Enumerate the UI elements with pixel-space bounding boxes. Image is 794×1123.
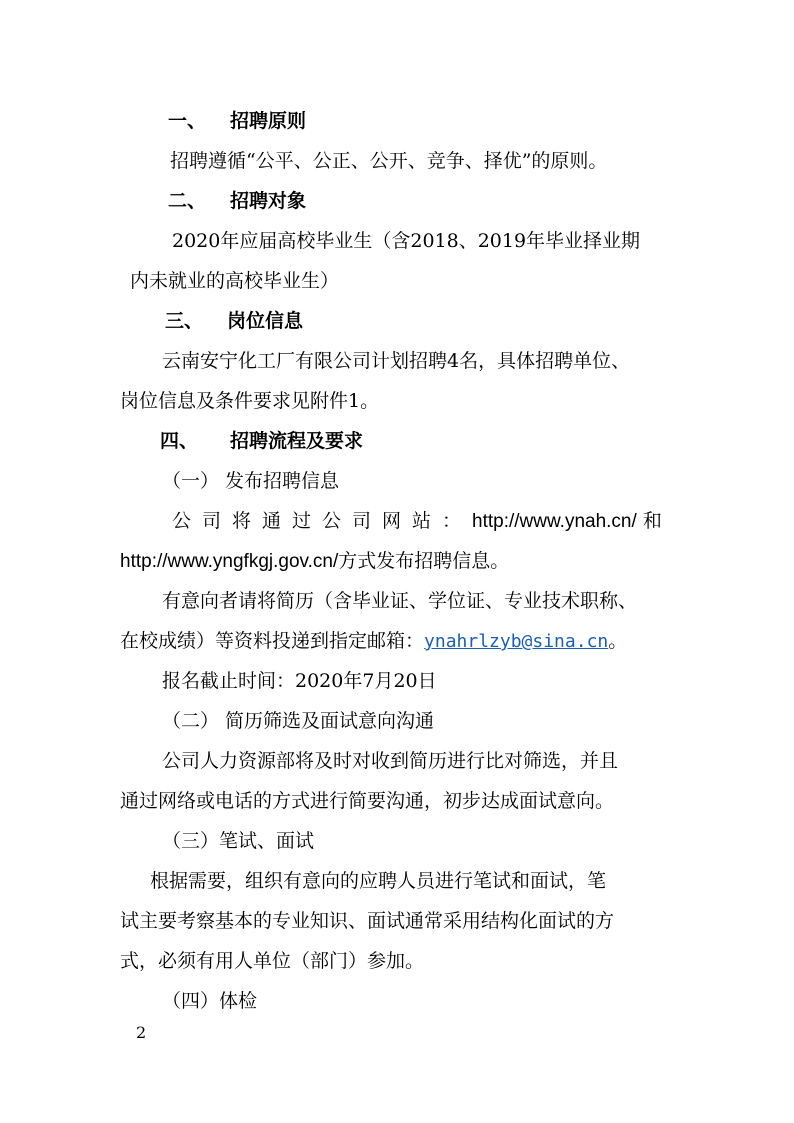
resume-line-1: 有意向者请将简历（含毕业证、学位证、专业技术职称、	[162, 589, 637, 613]
page-number: 2	[136, 1023, 146, 1042]
url-ynah: http://www.ynah.cn/	[472, 511, 637, 532]
position-line-1: 云南安宁化工厂有限公司计划招聘4名，具体招聘单位、	[162, 349, 630, 373]
email-link[interactable]: ynahrlzyb@sina.cn	[424, 631, 608, 652]
principle-text: 招聘遵循“公平、公正、公开、竞争、择优”的原则。	[170, 149, 607, 173]
publish-line-2: http://www.yngfkgj.gov.cn/方式发布招聘信息。	[120, 549, 509, 574]
position-line-2: 岗位信息及条件要求见附件1。	[120, 389, 379, 413]
subheading-exam: （三）笔试、面试	[162, 829, 314, 853]
exam-line-2: 试主要考察基本的专业知识、面试通常采用结构化面试的方	[120, 909, 614, 933]
subheading-screening: （二） 简历筛选及面试意向沟通	[162, 709, 434, 733]
section-heading-2: 二、招聘对象	[168, 189, 306, 213]
exam-line-3: 式，必须有用人单位（部门）参加。	[120, 949, 424, 973]
publish-line-1: 公司将通过公司网站：http://www.ynah.cn/ 和	[172, 509, 662, 534]
section-heading-3: 三、岗位信息	[165, 309, 303, 333]
resume-line-2: 在校成绩）等资料投递到指定邮箱：ynahrlzyb@sina.cn。	[120, 629, 627, 654]
screen-line-1: 公司人力资源部将及时对收到简历进行比对筛选，并且	[162, 749, 618, 773]
exam-line-1: 根据需要，组织有意向的应聘人员进行笔试和面试，笔	[150, 869, 606, 893]
target-line-2: 内未就业的高校毕业生）	[130, 269, 339, 293]
deadline-text: 报名截止时间：2020年7月20日	[162, 669, 437, 693]
target-line-1: 2020年应届高校毕业生（含2018、2019年毕业择业期	[172, 229, 640, 253]
section-heading-1: 一、招聘原则	[168, 109, 306, 133]
section-heading-4: 四、招聘流程及要求	[160, 429, 363, 453]
screen-line-2: 通过网络或电话的方式进行简要沟通，初步达成面试意向。	[120, 789, 614, 813]
subheading-publish: （一） 发布招聘信息	[162, 469, 339, 493]
subheading-medical: （四）体检	[162, 989, 257, 1013]
url-yngfkgj: http://www.yngfkgj.gov.cn/	[120, 551, 338, 572]
